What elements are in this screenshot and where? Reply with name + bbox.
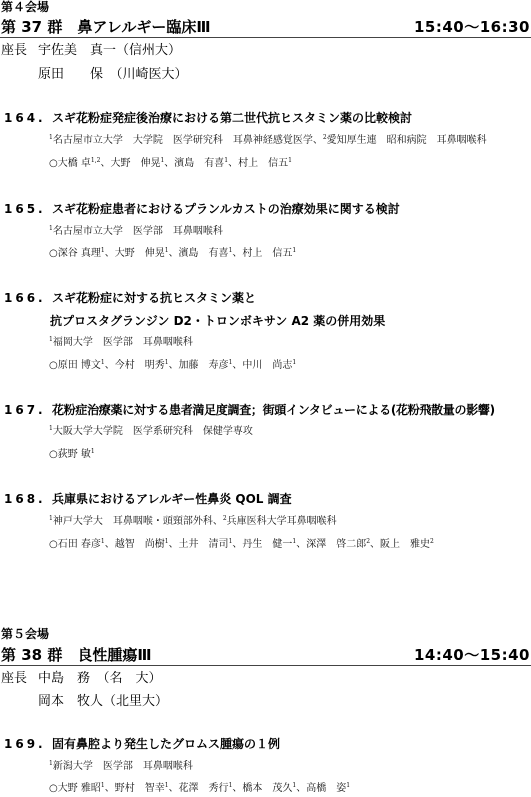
- presentation-title-text: 花粉症治療薬に対する患者満足度調査；街頭インタビューによる(花粉飛散量の影響): [52, 403, 495, 417]
- presentation-number: 167.: [4, 403, 52, 418]
- presentation-number: 169.: [4, 737, 52, 752]
- presentation-authors: ○原田 博文1、今村 明秀1、加藤 寿彦1、中川 尚志1: [49, 359, 296, 372]
- session-time: 15:40～16:30: [414, 17, 530, 37]
- presentation-title-text: スギ花粉症に対する抗ヒスタミン薬と: [52, 291, 256, 305]
- presentation-title: 167.花粉症治療薬に対する患者満足度調査；街頭インタビューによる(花粉飛散量の…: [4, 403, 495, 418]
- presentation-title-text: スギ花粉症患者におけるプランルカストの治療効果に関する検討: [52, 202, 400, 216]
- presentation-number: 168.: [4, 492, 52, 507]
- chair-label: 座長: [1, 43, 27, 59]
- session-header: 第 38 群 良性腫瘍Ⅲ 14:40～15:40: [0, 645, 531, 666]
- presentation-affiliation: 1新潟大学 医学部 耳鼻咽喉科: [49, 760, 193, 773]
- presentation-affiliation: 1福岡大学 医学部 耳鼻咽喉科: [49, 336, 193, 349]
- presentation-affiliation: 1大阪大学大学院 医学系研究科 保健学専攻: [49, 425, 253, 438]
- presentation-title-continued: 抗プロスタグランジン D2・トロンボキサン A2 薬の併用効果: [50, 314, 385, 329]
- presentation-title: 168.兵庫県におけるアレルギー性鼻炎 QOL 調査: [4, 492, 292, 507]
- chair-name: 岡本 牧人（北里大）: [38, 694, 168, 710]
- chair-name: 宇佐美 真一（信州大）: [38, 43, 181, 59]
- chair-name: 原田 保 （川崎医大）: [38, 67, 188, 83]
- presentation-authors: ○荻野 敏1: [49, 448, 95, 461]
- presentation-number: 164.: [4, 111, 52, 126]
- session-time: 14:40～15:40: [414, 645, 530, 665]
- presentation-title-text: スギ花粉症発症後治療における第二世代抗ヒスタミン薬の比較検討: [52, 111, 412, 125]
- presentation-authors: ○石田 春彦1、越智 尚樹1、土井 清司1、丹生 健一1、深澤 啓二郎2、阪上 …: [49, 538, 434, 551]
- presentation-affiliation: 1名古屋市立大学 医学部 耳鼻咽喉科: [49, 225, 223, 238]
- presentation-title-text: 固有鼻腔より発生したグロムス腫瘍の１例: [52, 737, 280, 751]
- chair-label: 座長: [1, 671, 27, 687]
- session-title: 第 37 群 鼻アレルギー臨床Ⅲ: [1, 17, 211, 37]
- presentation-authors: ○深谷 真理1、大野 伸晃1、濱島 有喜1、村上 信五1: [49, 247, 296, 260]
- presentation-title: 166.スギ花粉症に対する抗ヒスタミン薬と: [4, 291, 256, 306]
- presentation-number: 166.: [4, 291, 52, 306]
- presentation-affiliation: 1名古屋市立大学 大学院 医学研究科 耳鼻神経感覚医学、2愛知厚生連 昭和病院 …: [49, 134, 487, 147]
- session-header: 第 37 群 鼻アレルギー臨床Ⅲ 15:40～16:30: [0, 17, 531, 38]
- venue-label: 第５会場: [1, 627, 49, 641]
- presentation-title-text: 兵庫県におけるアレルギー性鼻炎 QOL 調査: [52, 492, 292, 506]
- presentation-affiliation: 1神戸大学大 耳鼻咽喉・頭頸部外科、2兵庫医科大学耳鼻咽喉科: [49, 515, 337, 528]
- presentation-title: 165.スギ花粉症患者におけるプランルカストの治療効果に関する検討: [4, 202, 400, 217]
- presentation-authors: ○大野 雅昭1、野村 智幸1、花澤 秀行1、橋本 茂久1、高橋 姿1: [49, 782, 350, 795]
- venue-label: 第４会場: [1, 0, 49, 14]
- presentation-title: 164.スギ花粉症発症後治療における第二世代抗ヒスタミン薬の比較検討: [4, 111, 412, 126]
- presentation-authors: ○大橋 卓1,2、大野 伸晃1、濱島 有喜1、村上 信五1: [49, 157, 292, 170]
- chair-name: 中島 務 （名 大）: [38, 671, 162, 687]
- session-title: 第 38 群 良性腫瘍Ⅲ: [1, 645, 152, 665]
- presentation-title: 169.固有鼻腔より発生したグロムス腫瘍の１例: [4, 737, 280, 752]
- presentation-number: 165.: [4, 202, 52, 217]
